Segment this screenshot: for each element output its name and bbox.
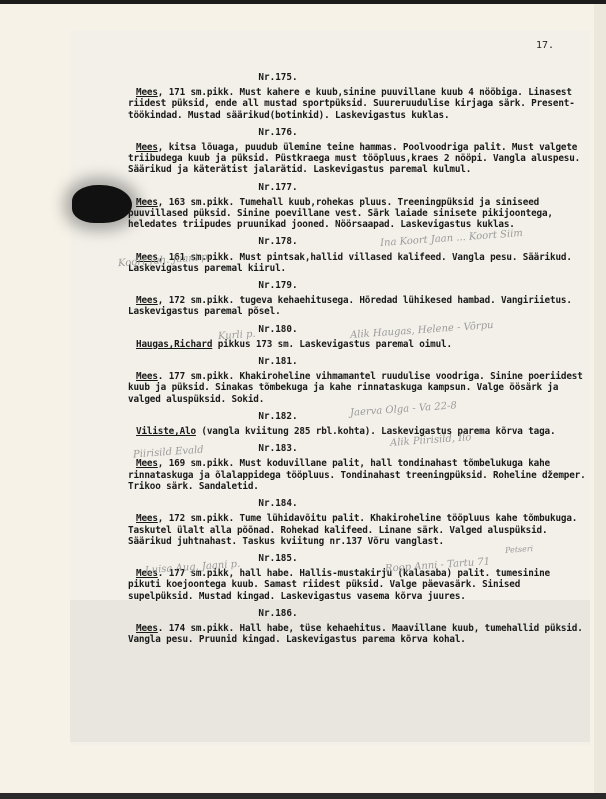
record-text: . 177 sm.pikk, hall habe. Hallis-mustaki… [128, 568, 550, 601]
record-subject: Mees [136, 295, 158, 306]
record-description: Mees, kitsa lõuaga, puudub ülemine teine… [128, 142, 588, 176]
record-description: Mees. 177 sm.pikk, hall habe. Hallis-mus… [128, 568, 588, 602]
record-subject: Mees [136, 142, 158, 153]
record-subject: Mees [136, 87, 158, 98]
record-description: Mees, 169 sm.pikk. Must koduvillane pali… [128, 458, 588, 492]
record-entry: Nr.177.Mees, 163 sm.pikk. Tumehall kuub,… [128, 182, 588, 231]
record-number: Nr.181. [128, 356, 428, 367]
record-description: Mees, 172 sm.pikk. tugeva kehaehitusega.… [128, 295, 588, 317]
record-entry: Nr.175.Mees, 171 sm.pikk. Must kahere e … [128, 72, 588, 121]
record-subject: Mees [136, 623, 158, 634]
bottom-border [0, 793, 606, 799]
record-text: . 174 sm.pikk. Hall habe, tüse kehaehitu… [128, 623, 583, 645]
record-subject: Haugas,Richard [136, 339, 212, 350]
record-description: Mees, 172 sm.pikk. Tume lühidavõitu pali… [128, 513, 588, 547]
record-entry: Nr.185.Mees. 177 sm.pikk, hall habe. Hal… [128, 553, 588, 602]
record-text: . 177 sm.pikk. Khakiroheline vihmamantel… [128, 371, 583, 404]
record-subject: Mees [136, 458, 158, 469]
page-number: 17. [536, 40, 554, 51]
record-entry: Nr.179.Mees, 172 sm.pikk. tugeva kehaehi… [128, 280, 588, 318]
record-description: Haugas,Richard pikkus 173 sm. Laskevigas… [128, 339, 588, 350]
record-text: , 172 sm.pikk. Tume lühidavõitu palit. K… [128, 513, 577, 546]
record-description: Mees. 177 sm.pikk. Khakiroheline vihmama… [128, 371, 588, 405]
record-subject: Mees [136, 513, 158, 524]
record-entry: Nr.186.Mees. 174 sm.pikk. Hall habe, tüs… [128, 608, 588, 646]
record-entry: Nr.181.Mees. 177 sm.pikk. Khakiroheline … [128, 356, 588, 405]
ink-blot [72, 185, 132, 223]
right-margin-shade [594, 4, 606, 793]
record-text: , 172 sm.pikk. tugeva kehaehitusega. Hõr… [128, 295, 572, 317]
record-text: , 171 sm.pikk. Must kahere e kuub,sinine… [128, 87, 575, 120]
record-subject: Mees [136, 371, 158, 382]
record-text: pikkus 173 sm. Laskevigastus paremal oim… [212, 339, 452, 350]
record-entry: Nr.184.Mees, 172 sm.pikk. Tume lühidavõi… [128, 498, 588, 547]
record-description: Viliste,Alo (vangla kviitung 285 rbl.koh… [128, 426, 588, 437]
record-number: Nr.179. [128, 280, 428, 291]
record-entry: Nr.176.Mees, kitsa lõuaga, puudub ülemin… [128, 127, 588, 176]
record-text: (vangla kviitung 285 rbl.kohta). Laskevi… [196, 426, 556, 437]
record-subject: Mees [136, 197, 158, 208]
record-number: Nr.184. [128, 498, 428, 509]
record-text: , 163 sm.pikk. Tumehall kuub,rohekas plu… [128, 197, 553, 230]
record-number: Nr.176. [128, 127, 428, 138]
record-text: , kitsa lõuaga, puudub ülemine teine ham… [128, 142, 580, 175]
record-number: Nr.175. [128, 72, 428, 83]
record-description: Mees. 174 sm.pikk. Hall habe, tüse kehae… [128, 623, 588, 645]
top-border [0, 0, 606, 4]
record-description: Mees, 163 sm.pikk. Tumehall kuub,rohekas… [128, 197, 588, 231]
record-text: , 169 sm.pikk. Must koduvillane palit, h… [128, 458, 586, 491]
record-number: Nr.177. [128, 182, 428, 193]
record-number: Nr.186. [128, 608, 428, 619]
record-subject: Viliste,Alo [136, 426, 196, 437]
record-description: Mees, 171 sm.pikk. Must kahere e kuub,si… [128, 87, 588, 121]
